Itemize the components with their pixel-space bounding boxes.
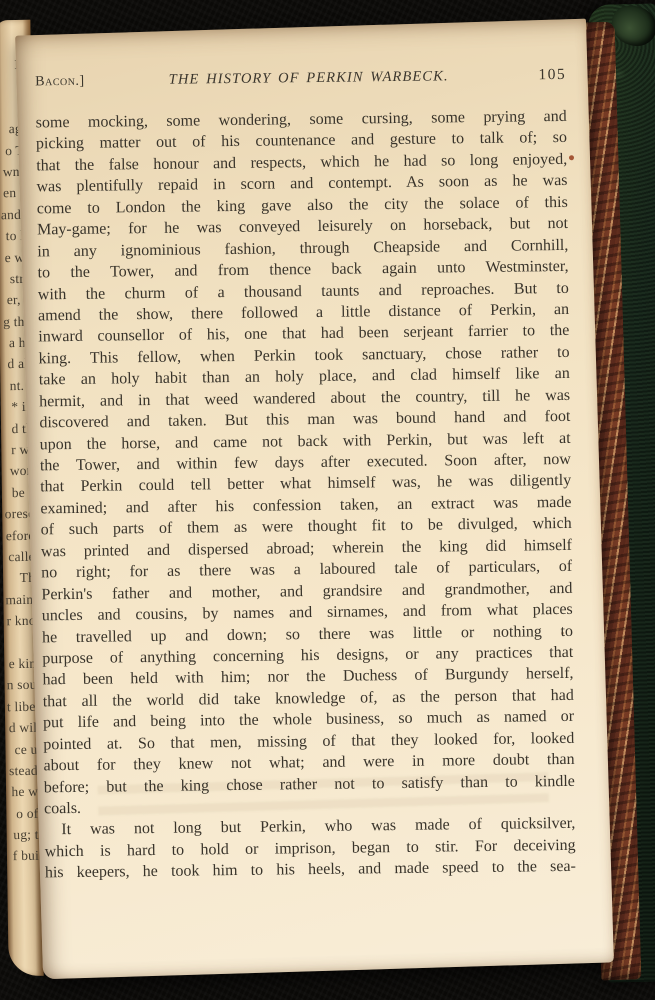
paragraph: some mocking, some wondering, some cursi…: [36, 106, 576, 820]
page-content: Bacon.] THE HISTORY OF PERKIN WARBECK. 1…: [22, 24, 604, 975]
header-attribution: Bacon.]: [35, 73, 121, 90]
running-header: Bacon.] THE HISTORY OF PERKIN WARBECK. 1…: [35, 66, 566, 90]
page-number: 105: [496, 66, 566, 85]
text-block: some mocking, some wondering, some cursi…: [36, 106, 576, 884]
paragraph: It was not long but Perkin, who was made…: [44, 813, 576, 884]
header-title: THE HISTORY OF PERKIN WARBECK.: [121, 68, 496, 90]
book-page: Bacon.] THE HISTORY OF PERKIN WARBECK. 1…: [15, 19, 614, 980]
